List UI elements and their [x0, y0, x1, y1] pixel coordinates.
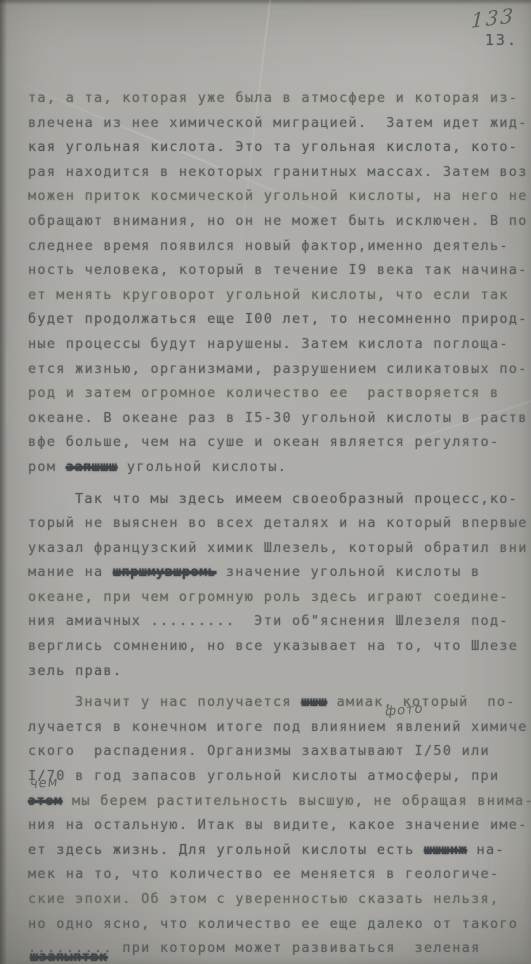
text-line: указал французский химик Шлезель, которы… — [28, 536, 531, 561]
text-line: ные процессы будут нарушены. Затем кисло… — [28, 332, 531, 357]
typed-text: Значит у нас получается — [75, 694, 301, 710]
typed-text: та, а та, которая уже была в атмосфере и… — [28, 90, 518, 106]
struck-word: шзапыптвк — [30, 949, 108, 964]
typed-text: мание на — [28, 564, 113, 580]
typed-text: обращают внимания, но он не может быть и… — [28, 213, 528, 229]
typed-text: ет здесь жизнь. Для угольной кислоты ест… — [28, 842, 424, 858]
typed-text: род и затем огромное количество ее раств… — [28, 385, 499, 401]
text-line: влечена из нее химической миграцией. Зат… — [28, 111, 531, 136]
text-line: зель прав. — [28, 659, 531, 684]
text-line: ния на остальную. Итак вы видите, какое … — [28, 813, 531, 838]
typed-text: ния на остальную. Итак вы видите, какое … — [28, 817, 528, 833]
text-line: океане, при чем огромную роль здесь игра… — [28, 585, 531, 610]
typed-text: ского распадения. Организмы захватывают … — [28, 743, 490, 759]
typed-text: будет продолжаться еще I00 лет, то несом… — [28, 311, 528, 327]
typed-text: мы берем растительность высшую, не обращ… — [63, 793, 531, 809]
typed-text: лучается в конечном итоге под влиянием я… — [28, 719, 528, 735]
text-line: мек на то, что количество ее меняется в … — [28, 862, 531, 887]
bottom-overtyped-word: шзапыптвк — [30, 949, 108, 964]
typed-text: Так что мы здесь имеем своеобразный проц… — [75, 491, 518, 507]
text-line: чемэтом мы берем растительность высшую, … — [28, 789, 531, 814]
typed-text: зель прав. — [28, 663, 122, 679]
document-text: та, а та, которая уже была в атмосфере и… — [28, 86, 531, 961]
typed-text: ния амиачных ......... Эти об"яснения Шл… — [28, 613, 509, 629]
typed-text: следнее время появился новый фактор,имен… — [28, 238, 509, 254]
typed-text: мек на то, что количество ее меняется в … — [28, 866, 499, 882]
handwritten-correction: чем — [29, 775, 59, 790]
typed-text: торый не выяснен во всех деталях и на ко… — [28, 515, 528, 531]
overtyped-word: шшшиж — [424, 842, 467, 858]
text-line: ется жизнью, организмами, разрушением си… — [28, 357, 531, 382]
typed-text: I/70 в год запасов угольной кислоты атмо… — [28, 768, 499, 784]
overtyped-word: шпршмувшромь — [113, 564, 217, 580]
typed-text: угольной кислоты. — [118, 459, 288, 475]
text-line: обращают внимания, но он не может быть и… — [28, 209, 531, 234]
text-line: та, а та, которая уже была в атмосфере и… — [28, 86, 531, 111]
text-line: род и затем огромное количество ее раств… — [28, 381, 531, 406]
typed-text: вфе больше, чем на суше и океан является… — [28, 434, 499, 450]
text-line: ность человека, который в течение I9 век… — [28, 258, 531, 283]
text-line: но одно ясно, что количество ее еще дале… — [28, 912, 531, 937]
text-line: будет продолжаться еще I00 лет, то несом… — [28, 307, 531, 332]
typed-text: ром — [28, 459, 66, 475]
text-line: Значит у нас получается шшш амиак, котор… — [28, 690, 531, 715]
text-line: Так что мы здесь имеем своеобразный проц… — [28, 487, 531, 512]
typed-text: ные процессы будут нарушены. Затем кисло… — [28, 336, 509, 352]
text-line: ские эпохи. Об этом с уверенностью сказа… — [28, 887, 531, 912]
text-line: ром запшшш угольной кислоты. — [28, 455, 531, 480]
text-line: кая угольная кислота. Это та угольная ки… — [28, 135, 531, 160]
scan-edge-shadow-top — [0, 0, 531, 5]
text-line: океане. В океане раз в I5-30 угольной ки… — [28, 406, 531, 431]
text-line: ет менять круговорот угольной кислоты, ч… — [28, 283, 531, 308]
text-line: вфе больше, чем на суше и океан является… — [28, 430, 531, 455]
text-line: ния амиачных ......... Эти об"яснения Шл… — [28, 609, 531, 634]
struck-word: этом — [28, 793, 63, 809]
scanned-typewritten-page: 133 13. та, а та, которая уже была в атм… — [0, 0, 531, 964]
typed-text: ет менять круговорот угольной кислоты, ч… — [28, 287, 509, 303]
typed-text: указал французский химик Шлезель, которы… — [28, 540, 528, 556]
typed-text: можен приток космической угольной кислот… — [28, 188, 528, 204]
text-line: следнее время появился новый фактор,имен… — [28, 234, 531, 259]
text-line: I/70 в год запасов угольной кислоты атмо… — [28, 764, 531, 789]
corrected-word: чемэтом — [28, 789, 63, 814]
typed-text: верглись сомнению, но все указывает на т… — [28, 638, 518, 654]
typed-text: океане. В океане раз в I5-30 угольной ки… — [28, 410, 528, 426]
typed-text: рая находится в некоторых гранитных масс… — [28, 164, 528, 180]
handwritten-insertion: фото — [385, 702, 425, 718]
scan-edge-shadow-left — [0, 0, 7, 964]
typed-text: влечена из нее химической миграцией. Зат… — [28, 115, 528, 131]
text-line: ского распадения. Организмы захватывают … — [28, 739, 531, 764]
handwritten-folio-number: 133 — [470, 3, 515, 33]
typed-text: океане, при чем огромную роль здесь игра… — [28, 589, 509, 605]
text-line: можен приток космической угольной кислот… — [28, 184, 531, 209]
overtyped-word: запшшш — [66, 459, 118, 475]
text-line: лучается в конечном итоге под влиянием я… — [28, 715, 531, 740]
text-line: верглись сомнению, но все указывает на т… — [28, 634, 531, 659]
typed-text: на- — [467, 842, 505, 858]
typed-text: ется жизнью, организмами, разрушением си… — [28, 361, 528, 377]
typed-text: значение угольной кислоты в — [216, 564, 480, 580]
typed-text: кая угольная кислота. Это та угольная ки… — [28, 139, 518, 155]
text-line: торый не выяснен во всех деталях и на ко… — [28, 511, 531, 536]
typed-text: ские эпохи. Об этом с уверенностью сказа… — [28, 891, 499, 907]
text-line: рая находится в некоторых гранитных масс… — [28, 160, 531, 185]
text-line: ет здесь жизнь. Для угольной кислоты ест… — [28, 838, 531, 863]
overtyped-word: шшш — [301, 694, 327, 710]
text-line: мание на шпршмувшромь значение угольной … — [28, 560, 531, 585]
typed-page-number: 13. — [485, 31, 518, 49]
typed-text: но одно ясно, что количество ее еще дале… — [28, 916, 518, 932]
typed-text: ность человека, который в течение I9 век… — [28, 262, 528, 278]
